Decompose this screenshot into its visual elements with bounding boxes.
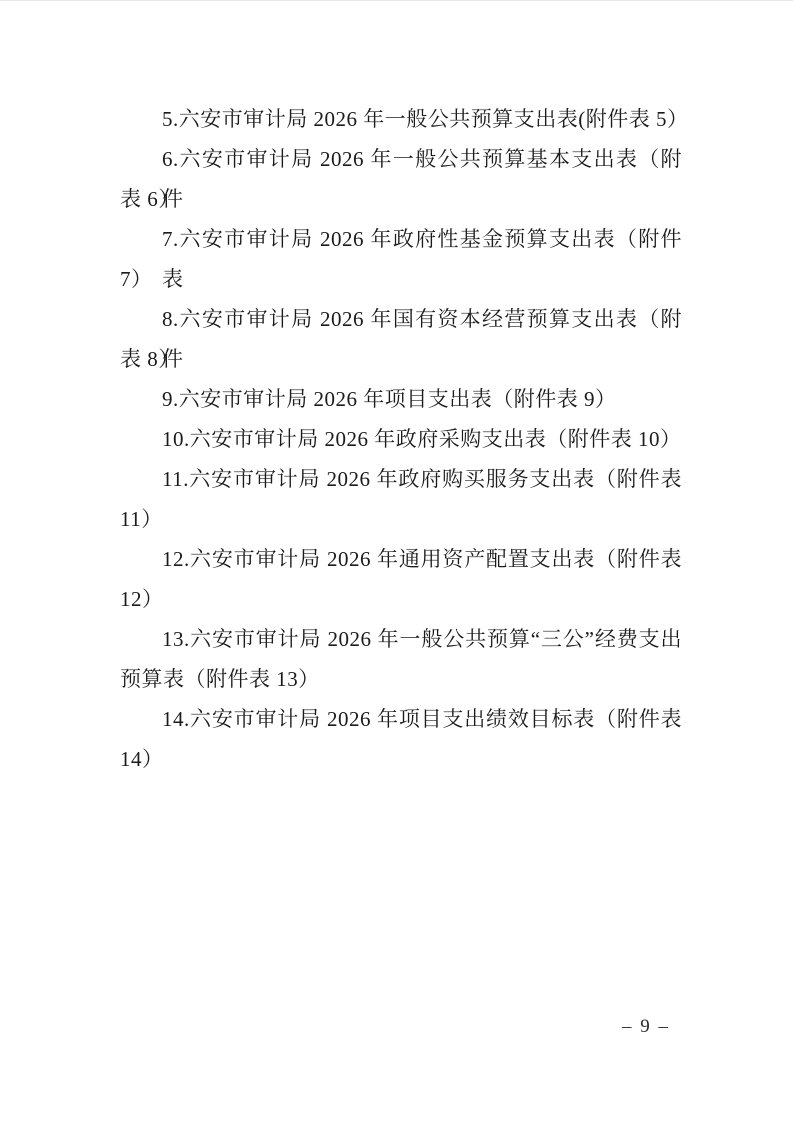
doc-line: 7.六安市审计局 2026 年政府性基金预算支出表（附件表 (120, 219, 682, 259)
doc-line: 10.六安市审计局 2026 年政府采购支出表（附件表 10） (120, 419, 682, 459)
page-number: – 9 – (601, 1014, 691, 1040)
list-item-12: 12.六安市审计局 2026 年通用资产配置支出表（附件表12） (120, 539, 682, 619)
list-item-10: 10.六安市审计局 2026 年政府采购支出表（附件表 10） (120, 419, 682, 459)
doc-line: 14.六安市审计局 2026 年项目支出绩效目标表（附件表 (120, 699, 682, 739)
doc-line: 5.六安市审计局 2026 年一般公共预算支出表(附件表 5） (120, 99, 682, 139)
doc-line: 11.六安市审计局 2026 年政府购买服务支出表（附件表 (120, 459, 682, 499)
list-item-8: 8.六安市审计局 2026 年国有资本经营预算支出表（附件表 8） (120, 299, 682, 379)
list-item-11: 11.六安市审计局 2026 年政府购买服务支出表（附件表11） (120, 459, 682, 539)
list-item-14: 14.六安市审计局 2026 年项目支出绩效目标表（附件表14） (120, 699, 682, 779)
doc-line: 12.六安市审计局 2026 年通用资产配置支出表（附件表 (120, 539, 682, 579)
doc-line: 13.六安市审计局 2026 年一般公共预算“三公”经费支出 (120, 619, 682, 659)
document-page: 5.六安市审计局 2026 年一般公共预算支出表(附件表 5）6.六安市审计局 … (0, 0, 793, 1122)
list-item-7: 7.六安市审计局 2026 年政府性基金预算支出表（附件表7） (120, 219, 682, 299)
doc-line: 表 6） (120, 179, 682, 219)
doc-line: 11） (120, 499, 682, 539)
doc-line: 表 8） (120, 339, 682, 379)
doc-line: 预算表（附件表 13） (120, 659, 682, 699)
doc-line: 8.六安市审计局 2026 年国有资本经营预算支出表（附件 (120, 299, 682, 339)
doc-line: 14） (120, 739, 682, 779)
list-item-9: 9.六安市审计局 2026 年项目支出表（附件表 9） (120, 379, 682, 419)
list-item-5: 5.六安市审计局 2026 年一般公共预算支出表(附件表 5） (120, 99, 682, 139)
doc-line: 12） (120, 579, 682, 619)
doc-line: 6.六安市审计局 2026 年一般公共预算基本支出表（附件 (120, 139, 682, 179)
list-item-13: 13.六安市审计局 2026 年一般公共预算“三公”经费支出预算表（附件表 13… (120, 619, 682, 699)
doc-line: 9.六安市审计局 2026 年项目支出表（附件表 9） (120, 379, 682, 419)
attachment-table-list: 5.六安市审计局 2026 年一般公共预算支出表(附件表 5）6.六安市审计局 … (120, 99, 682, 779)
list-item-6: 6.六安市审计局 2026 年一般公共预算基本支出表（附件表 6） (120, 139, 682, 219)
doc-line: 7） (120, 259, 682, 299)
